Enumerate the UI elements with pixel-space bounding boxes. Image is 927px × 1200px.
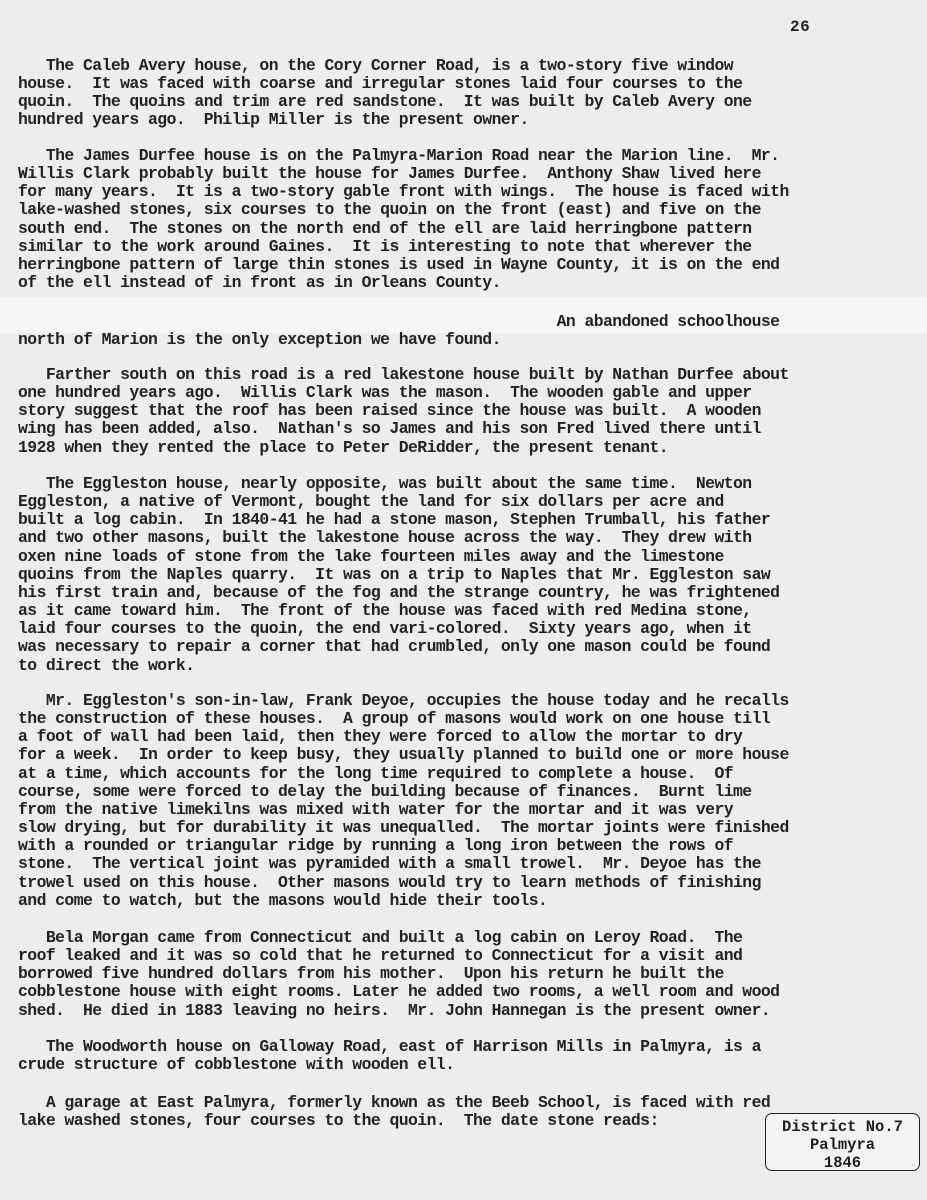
text-line: to direct the work. <box>18 657 194 675</box>
text-line: The Caleb Avery house, on the Cory Corne… <box>18 57 733 75</box>
text-line: borrowed five hundred dollars from his m… <box>18 965 724 983</box>
text-line: oxen nine loads of stone from the lake f… <box>18 548 724 566</box>
text-line: similar to the work around Gaines. It is… <box>18 238 752 256</box>
text-line: lake washed stones, four courses to the … <box>18 1112 659 1130</box>
text-line: the construction of these houses. A grou… <box>18 710 770 728</box>
text-line: Farther south on this road is a red lake… <box>18 366 789 384</box>
text-line: from the native limekilns was mixed with… <box>18 801 733 819</box>
text-line: Bela Morgan came from Connecticut and bu… <box>18 929 742 947</box>
date-stone-line: Palmyra <box>766 1136 919 1154</box>
text-line: The Eggleston house, nearly opposite, wa… <box>18 475 752 493</box>
document-page: 26 The Caleb Avery house, on the Cory Co… <box>0 0 927 1200</box>
text-line: stone. The vertical joint was pyramided … <box>18 855 761 873</box>
text-line: with a rounded or triangular ridge by ru… <box>18 837 733 855</box>
text-line: Eggleston, a native of Vermont, bought t… <box>18 493 724 511</box>
text-line: The Woodworth house on Galloway Road, ea… <box>18 1038 761 1056</box>
text-line: built a log cabin. In 1840-41 he had a s… <box>18 511 770 529</box>
date-stone-box: District No.7 Palmyra 1846 <box>765 1113 920 1171</box>
text-line: crude structure of cobblestone with wood… <box>18 1056 454 1074</box>
date-stone-line: District No.7 <box>766 1118 919 1136</box>
text-line: was necessary to repair a corner that ha… <box>18 638 770 656</box>
text-line: for a week. In order to keep busy, they … <box>18 746 789 764</box>
text-line: lake-washed stones, six courses to the q… <box>18 201 761 219</box>
text-line: Mr. Eggleston's son-in-law, Frank Deyoe,… <box>18 692 789 710</box>
text-line: his first train and, because of the fog … <box>18 584 779 602</box>
text-line: of the ell instead of in front as in Orl… <box>18 274 501 292</box>
date-stone-line: 1846 <box>766 1154 919 1172</box>
text-line: An abandoned schoolhouse <box>18 313 779 331</box>
text-line: hundred years ago. Philip Miller is the … <box>18 111 529 129</box>
text-line: for many years. It is a two-story gable … <box>18 183 789 201</box>
text-line: 1928 when they rented the place to Peter… <box>18 439 668 457</box>
text-line: and come to watch, but the masons would … <box>18 892 547 910</box>
text-line: course, some were forced to delay the bu… <box>18 783 752 801</box>
text-line: quoins from the Naples quarry. It was on… <box>18 566 770 584</box>
text-line: The James Durfee house is on the Palmyra… <box>18 147 779 165</box>
text-line: roof leaked and it was so cold that he r… <box>18 947 742 965</box>
text-line: slow drying, but for durability it was u… <box>18 819 789 837</box>
page-number: 26 <box>790 18 810 36</box>
text-line: at a time, which accounts for the long t… <box>18 765 733 783</box>
text-line: cobblestone house with eight rooms. Late… <box>18 983 779 1001</box>
text-line: A garage at East Palmyra, formerly known… <box>18 1094 770 1112</box>
text-line: wing has been added, also. Nathan's so J… <box>18 420 761 438</box>
text-line: Willis Clark probably built the house fo… <box>18 165 761 183</box>
text-line: story suggest that the roof has been rai… <box>18 402 761 420</box>
text-line: laid four courses to the quoin, the end … <box>18 620 752 638</box>
text-line: north of Marion is the only exception we… <box>18 331 501 349</box>
text-line: house. It was faced with coarse and irre… <box>18 75 742 93</box>
text-line: a foot of wall had been laid, then they … <box>18 728 742 746</box>
text-line: quoin. The quoins and trim are red sands… <box>18 93 752 111</box>
text-line: one hundred years ago. Willis Clark was … <box>18 384 752 402</box>
text-line: south end. The stones on the north end o… <box>18 220 752 238</box>
text-line: as it came toward him. The front of the … <box>18 602 752 620</box>
text-line: and two other masons, built the lakeston… <box>18 529 752 547</box>
text-line: herringbone pattern of large thin stones… <box>18 256 779 274</box>
text-line: trowel used on this house. Other masons … <box>18 874 761 892</box>
text-line: shed. He died in 1883 leaving no heirs. … <box>18 1002 770 1020</box>
